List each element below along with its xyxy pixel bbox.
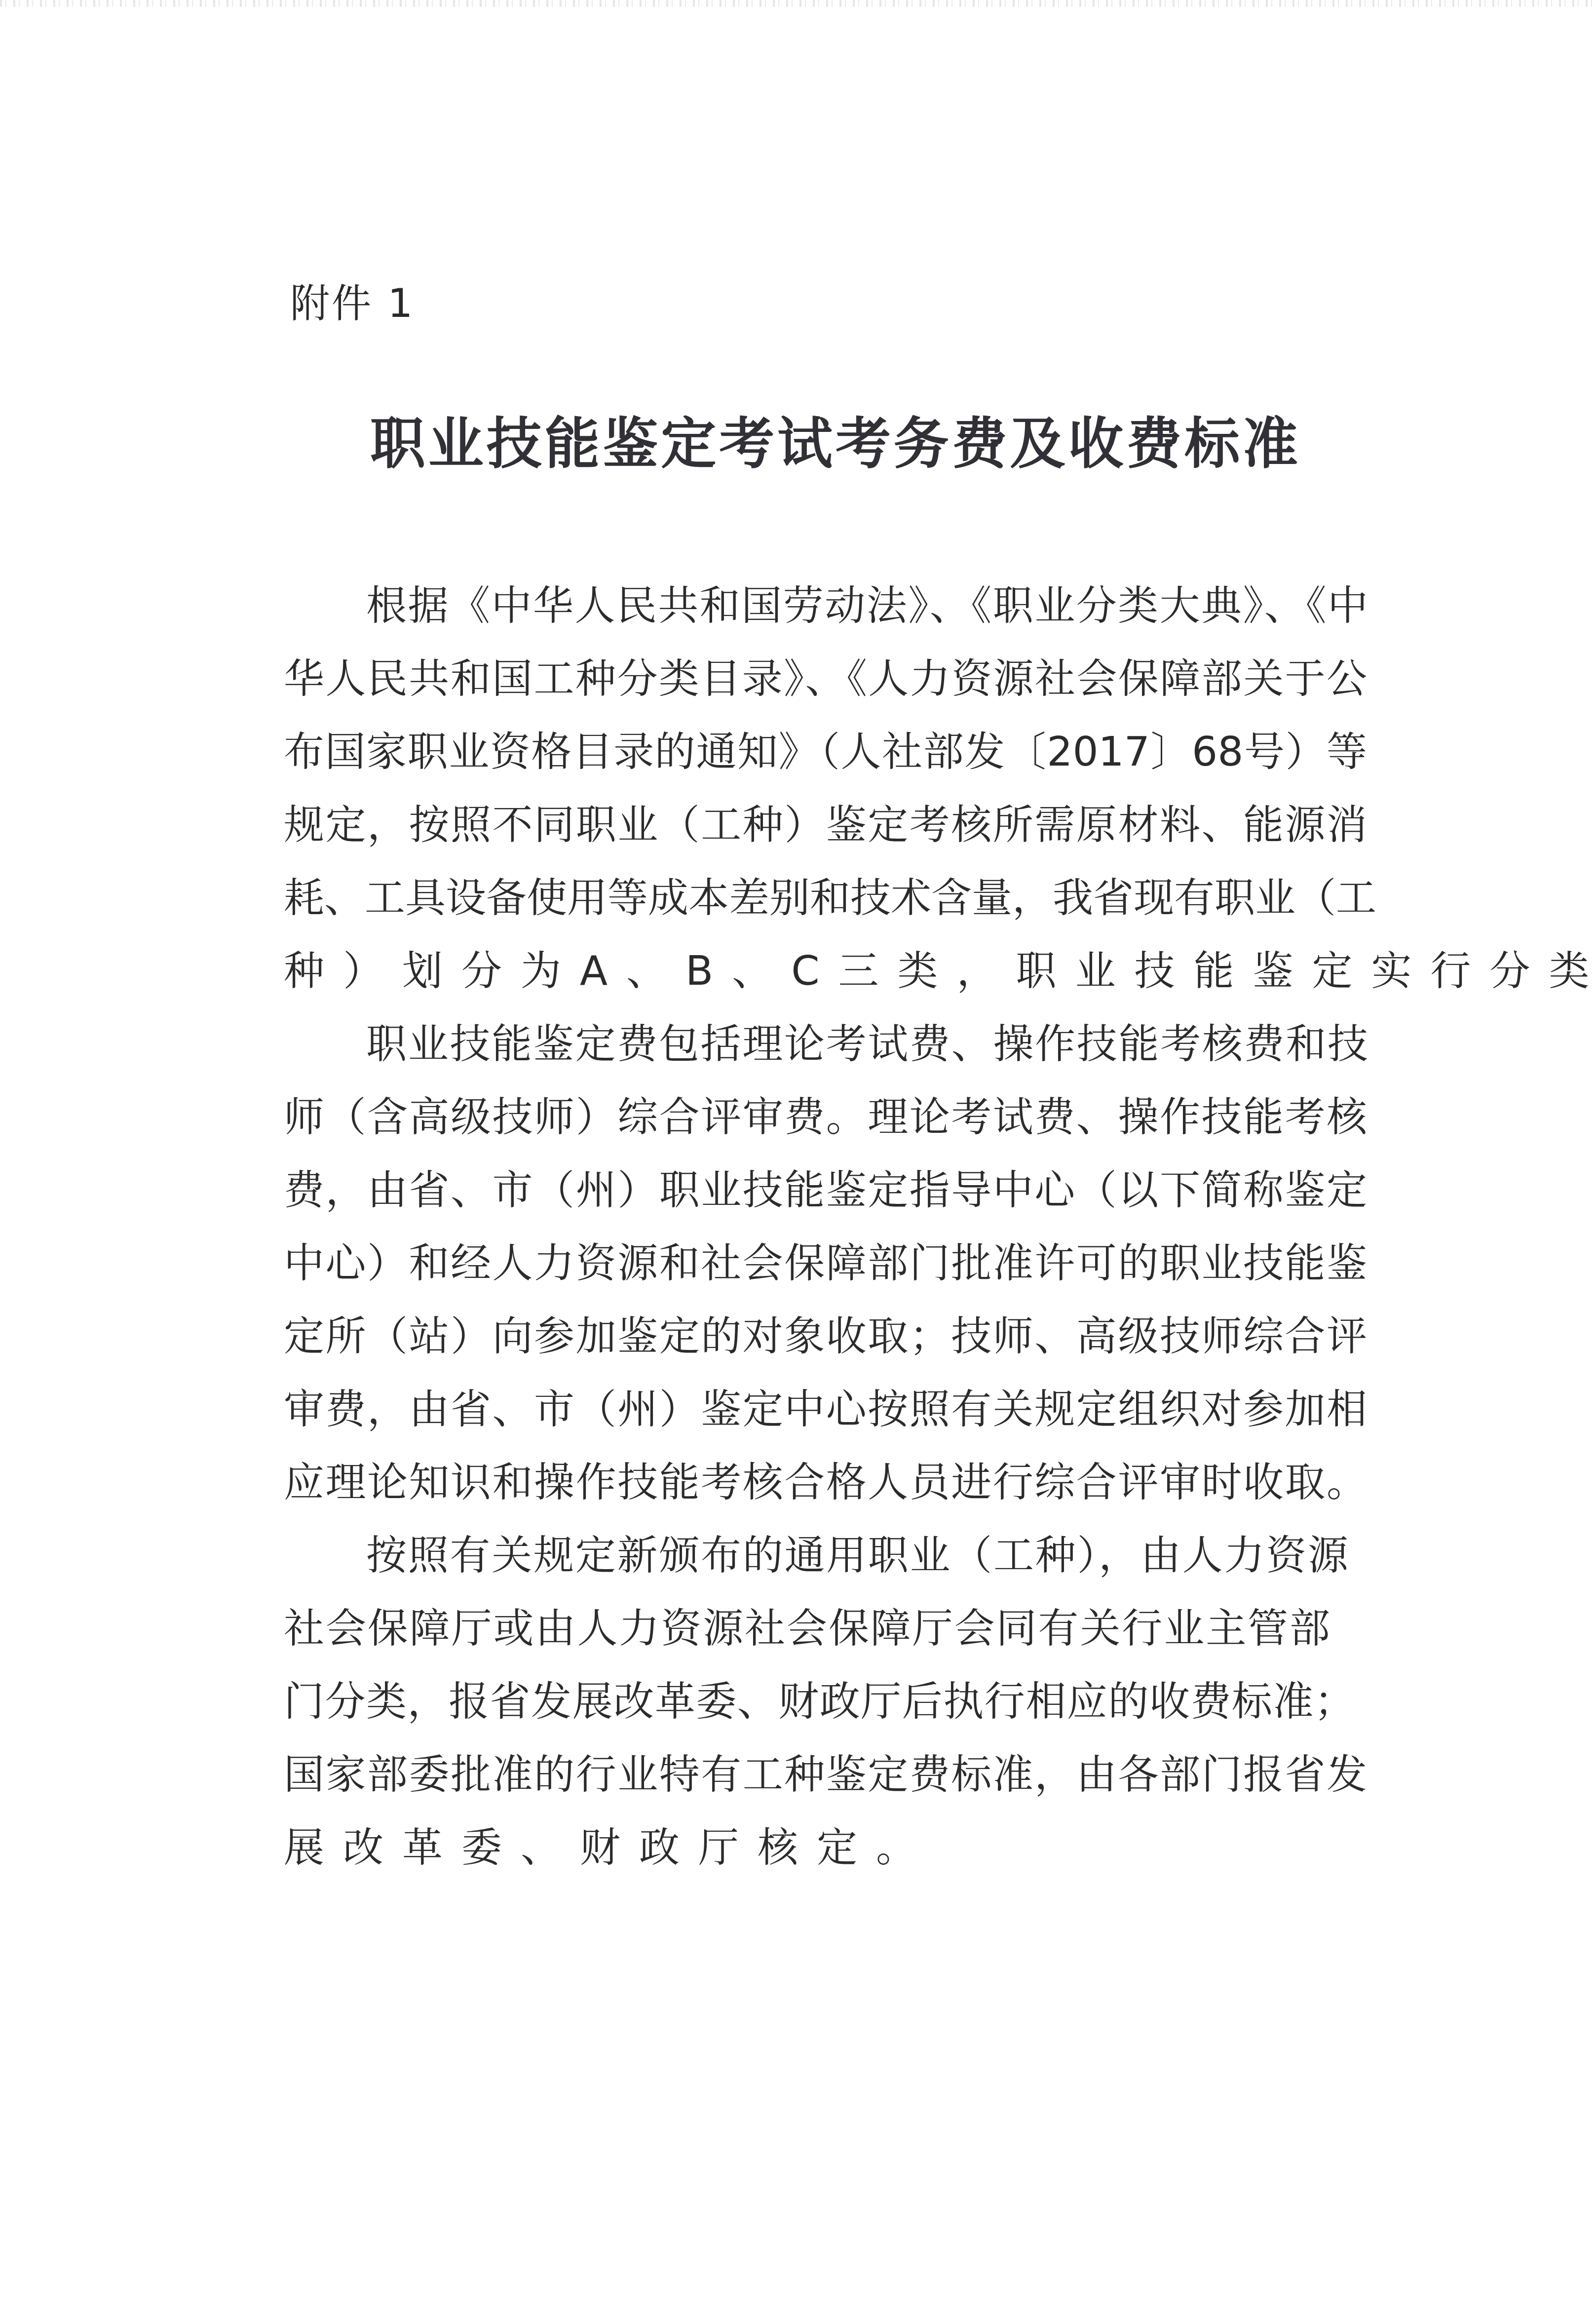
paragraph-1-line-3: 布国家职业资格目录的通知》（人社部发〔2017〕68号）等 — [284, 728, 1367, 777]
document-title: 职业技能鉴定考试考务费及收费标准 — [370, 412, 1298, 476]
paragraph-3-line-4: 国家部委批准的行业特有工种鉴定费标准，由各部门报省发 — [284, 1750, 1367, 1800]
paragraph-2-line-1: 职业技能鉴定费包括理论考试费、操作技能考核费和技 — [366, 1020, 1368, 1069]
document-page: 附件 1 职业技能鉴定考试考务费及收费标准 根据《中华人民共和国劳动法》、《职业… — [0, 0, 1596, 2314]
paragraph-2-line-6: 审费，由省、市（州）鉴定中心按照有关规定组织对参加相 — [284, 1385, 1367, 1434]
paragraph-2-line-4: 中心）和经人力资源和社会保障部门批准许可的职业技能鉴 — [284, 1239, 1367, 1288]
paragraph-1-line-5: 耗、工具设备使用等成本差别和技术含量，我省现有职业（工 — [284, 874, 1367, 923]
attachment-label: 附件 1 — [290, 279, 415, 328]
paragraph-2-line-2: 师（含高级技师）综合评审费。理论考试费、操作技能考核 — [284, 1093, 1367, 1142]
paragraph-3-line-5: 展改革委、财政厅核定。 — [284, 1823, 975, 1873]
paragraph-1-line-4: 规定，按照不同职业（工种）鉴定考核所需原材料、能源消 — [284, 801, 1367, 850]
paragraph-2-line-7: 应理论知识和操作技能考核合格人员进行综合评审时收取。 — [284, 1458, 1367, 1507]
paragraph-2-line-5: 定所（站）向参加鉴定的对象收取；技师、高级技师综合评 — [284, 1312, 1367, 1361]
paragraph-3-line-1: 按照有关规定新颁布的通用职业（工种），由人力资源 — [366, 1531, 1348, 1581]
paragraph-1-line-6: 种）划分为A、B、C三类，职业技能鉴定实行分类收费。 — [284, 947, 1367, 996]
paragraph-3-line-2: 社会保障厅或由人力资源社会保障厅会同有关行业主管部 — [284, 1604, 1330, 1654]
paragraph-2-line-3: 费，由省、市（州）职业技能鉴定指导中心（以下简称鉴定 — [284, 1166, 1367, 1215]
paragraph-1-line-2: 华人民共和国工种分类目录》、《人力资源社会保障部关于公 — [284, 655, 1367, 704]
paragraph-1-line-1: 根据《中华人民共和国劳动法》、《职业分类大典》、《中 — [366, 581, 1368, 631]
paragraph-3-line-3: 门分类，报省发展改革委、财政厅后执行相应的收费标准； — [284, 1677, 1355, 1727]
